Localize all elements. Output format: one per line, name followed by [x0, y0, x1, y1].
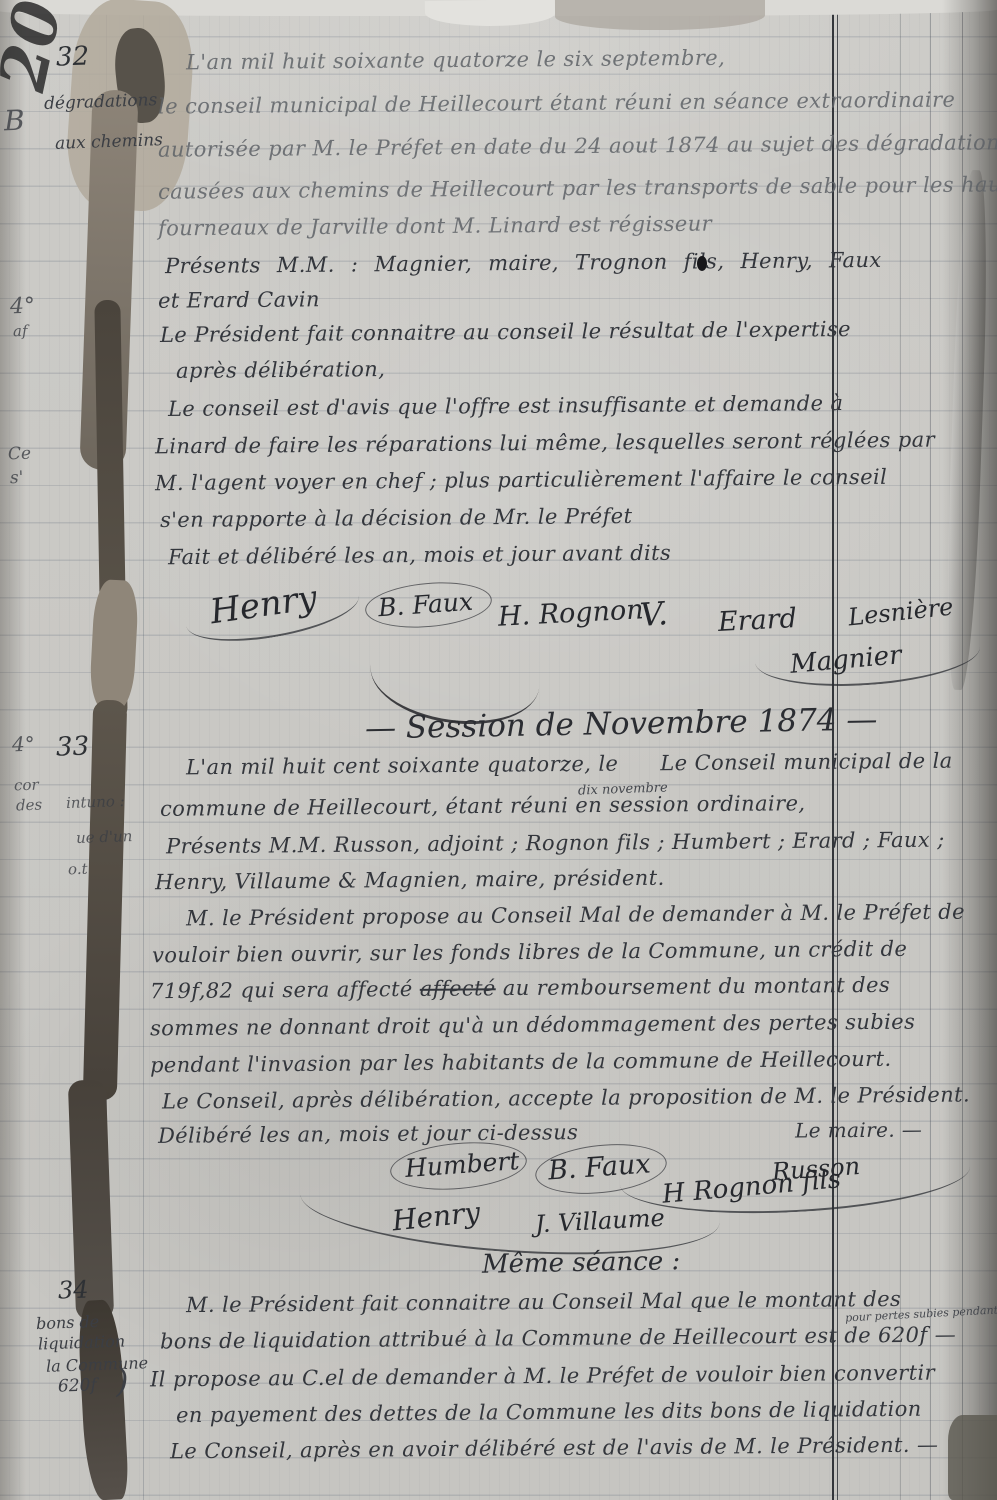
margin-33-fragment: cor	[14, 776, 39, 795]
text-part: L'an mil huit cent soixante quatorze, le	[186, 752, 619, 780]
session-title: — Session de Novembre 1874 —	[365, 702, 878, 747]
margin-33-fragment: ue d'un	[76, 827, 133, 847]
text-line: M. le Président fait connaitre au Consei…	[186, 1287, 901, 1317]
text-part: au remboursement du montant des	[496, 973, 891, 1000]
bottom-right-fold	[948, 1415, 997, 1500]
edge-fragment-b: B	[3, 104, 25, 138]
margin-34-line: liquidation	[38, 1331, 126, 1353]
text-line: causées aux chemins de Heillecourt par l…	[158, 172, 997, 204]
text-line: le conseil municipal de Heillecourt étan…	[158, 88, 956, 119]
text-line-credit: 719f,82 qui sera affecté affecté au remb…	[150, 973, 890, 1003]
register-page-scan: 20 32 dégradations aux chemins B 4° af C…	[0, 0, 997, 1500]
text-line: Le Président fait connaitre au conseil l…	[160, 317, 851, 347]
text-line: après délibération,	[176, 357, 385, 383]
text-line: Le conseil est d'avis que l'offre est in…	[168, 391, 844, 421]
signature-v: V.	[639, 594, 669, 634]
torn-paper-flap	[425, 0, 555, 27]
text-line: Délibéré les an, mois et jour ci-dessus	[158, 1120, 578, 1148]
binding-stain-mid	[89, 579, 140, 711]
signature-rognon: H. Rognon	[497, 594, 644, 633]
text-line: en payement des dettes de la Commune les…	[176, 1397, 922, 1428]
text-line: vouloir bien ouvrir, sur les fonds libre…	[152, 937, 907, 968]
text-line: Présents M.M. Russon, adjoint ; Rognon f…	[166, 828, 945, 859]
text-line: Fait et délibéré les an, mois et jour av…	[168, 541, 671, 569]
margin-34-line: la Commune	[46, 1353, 149, 1376]
edge-fragment-ce: Ce	[8, 444, 32, 465]
text-line: Henry, Villaume & Magnien, maire, présid…	[155, 866, 665, 894]
struck-word: affecté	[420, 976, 496, 1001]
signature-oval	[363, 578, 493, 633]
text-part: Le Conseil municipal de la	[660, 749, 952, 776]
edge-fragment-af: af	[13, 322, 28, 340]
ink-blot	[697, 256, 707, 271]
text-line: M. le Président propose au Conseil Mal d…	[186, 900, 965, 931]
margin-33-fragment: des	[16, 796, 43, 815]
text-line: Linard de faire les réparations lui même…	[155, 428, 935, 459]
text-line: Il propose au C.el de demander à M. le P…	[150, 1361, 935, 1392]
text-line: fourneaux de Jarville dont M. Linard est…	[158, 212, 712, 241]
margin-note-degradations: dégradations	[44, 90, 158, 114]
margin-rule-line-2	[143, 0, 144, 1500]
text-line: pendant l'invasion par les habitants de …	[150, 1047, 892, 1077]
text-line: et Erard Cavin	[158, 287, 320, 312]
text-line: L'an mil huit soixante quatorze le six s…	[186, 46, 725, 75]
text-line: autorisée par M. le Préfet en date du 24…	[158, 130, 997, 161]
margin-note-chemins: aux chemins	[55, 130, 163, 154]
margin-34-paren: )	[115, 1362, 129, 1400]
margin-34-line: bons de	[36, 1312, 100, 1333]
text-line: Présents M.M. : Magnier, maire, Trognon …	[165, 248, 882, 278]
margin-33-fragment: o.t	[68, 860, 88, 879]
text-part: 719f,82 qui sera affecté	[150, 977, 420, 1003]
margin-entry-number-32: 32	[55, 41, 89, 72]
same-session-title: Même séance :	[482, 1246, 681, 1279]
text-line: sommes ne donnant droit qu'à un dédommag…	[150, 1010, 915, 1041]
margin-33-fragment: intuno :	[66, 792, 125, 812]
text-line: M. l'agent voyer en chef ; plus particul…	[155, 465, 887, 495]
margin-entry-number-33: 33	[55, 731, 89, 762]
margin-entry-33-prefix: 4°	[12, 732, 36, 757]
edge-fragment-4: 4°	[10, 294, 36, 320]
text-line: s'en rapporte à la décision de Mr. le Pr…	[160, 504, 633, 532]
signature-erard: Erard	[717, 603, 797, 638]
edge-fragment-s: s'	[10, 468, 24, 488]
text-line: Le Conseil, après délibération, accepte …	[162, 1082, 970, 1113]
text-line: commune de Heillecourt, étant réuni en s…	[160, 791, 806, 821]
torn-paper-shadow	[555, 0, 765, 30]
margin-34-amount: 620f	[58, 1375, 97, 1396]
margin-entry-number-34: 34	[58, 1275, 90, 1304]
text-line: Le Conseil, après en avoir délibéré est …	[170, 1433, 939, 1464]
